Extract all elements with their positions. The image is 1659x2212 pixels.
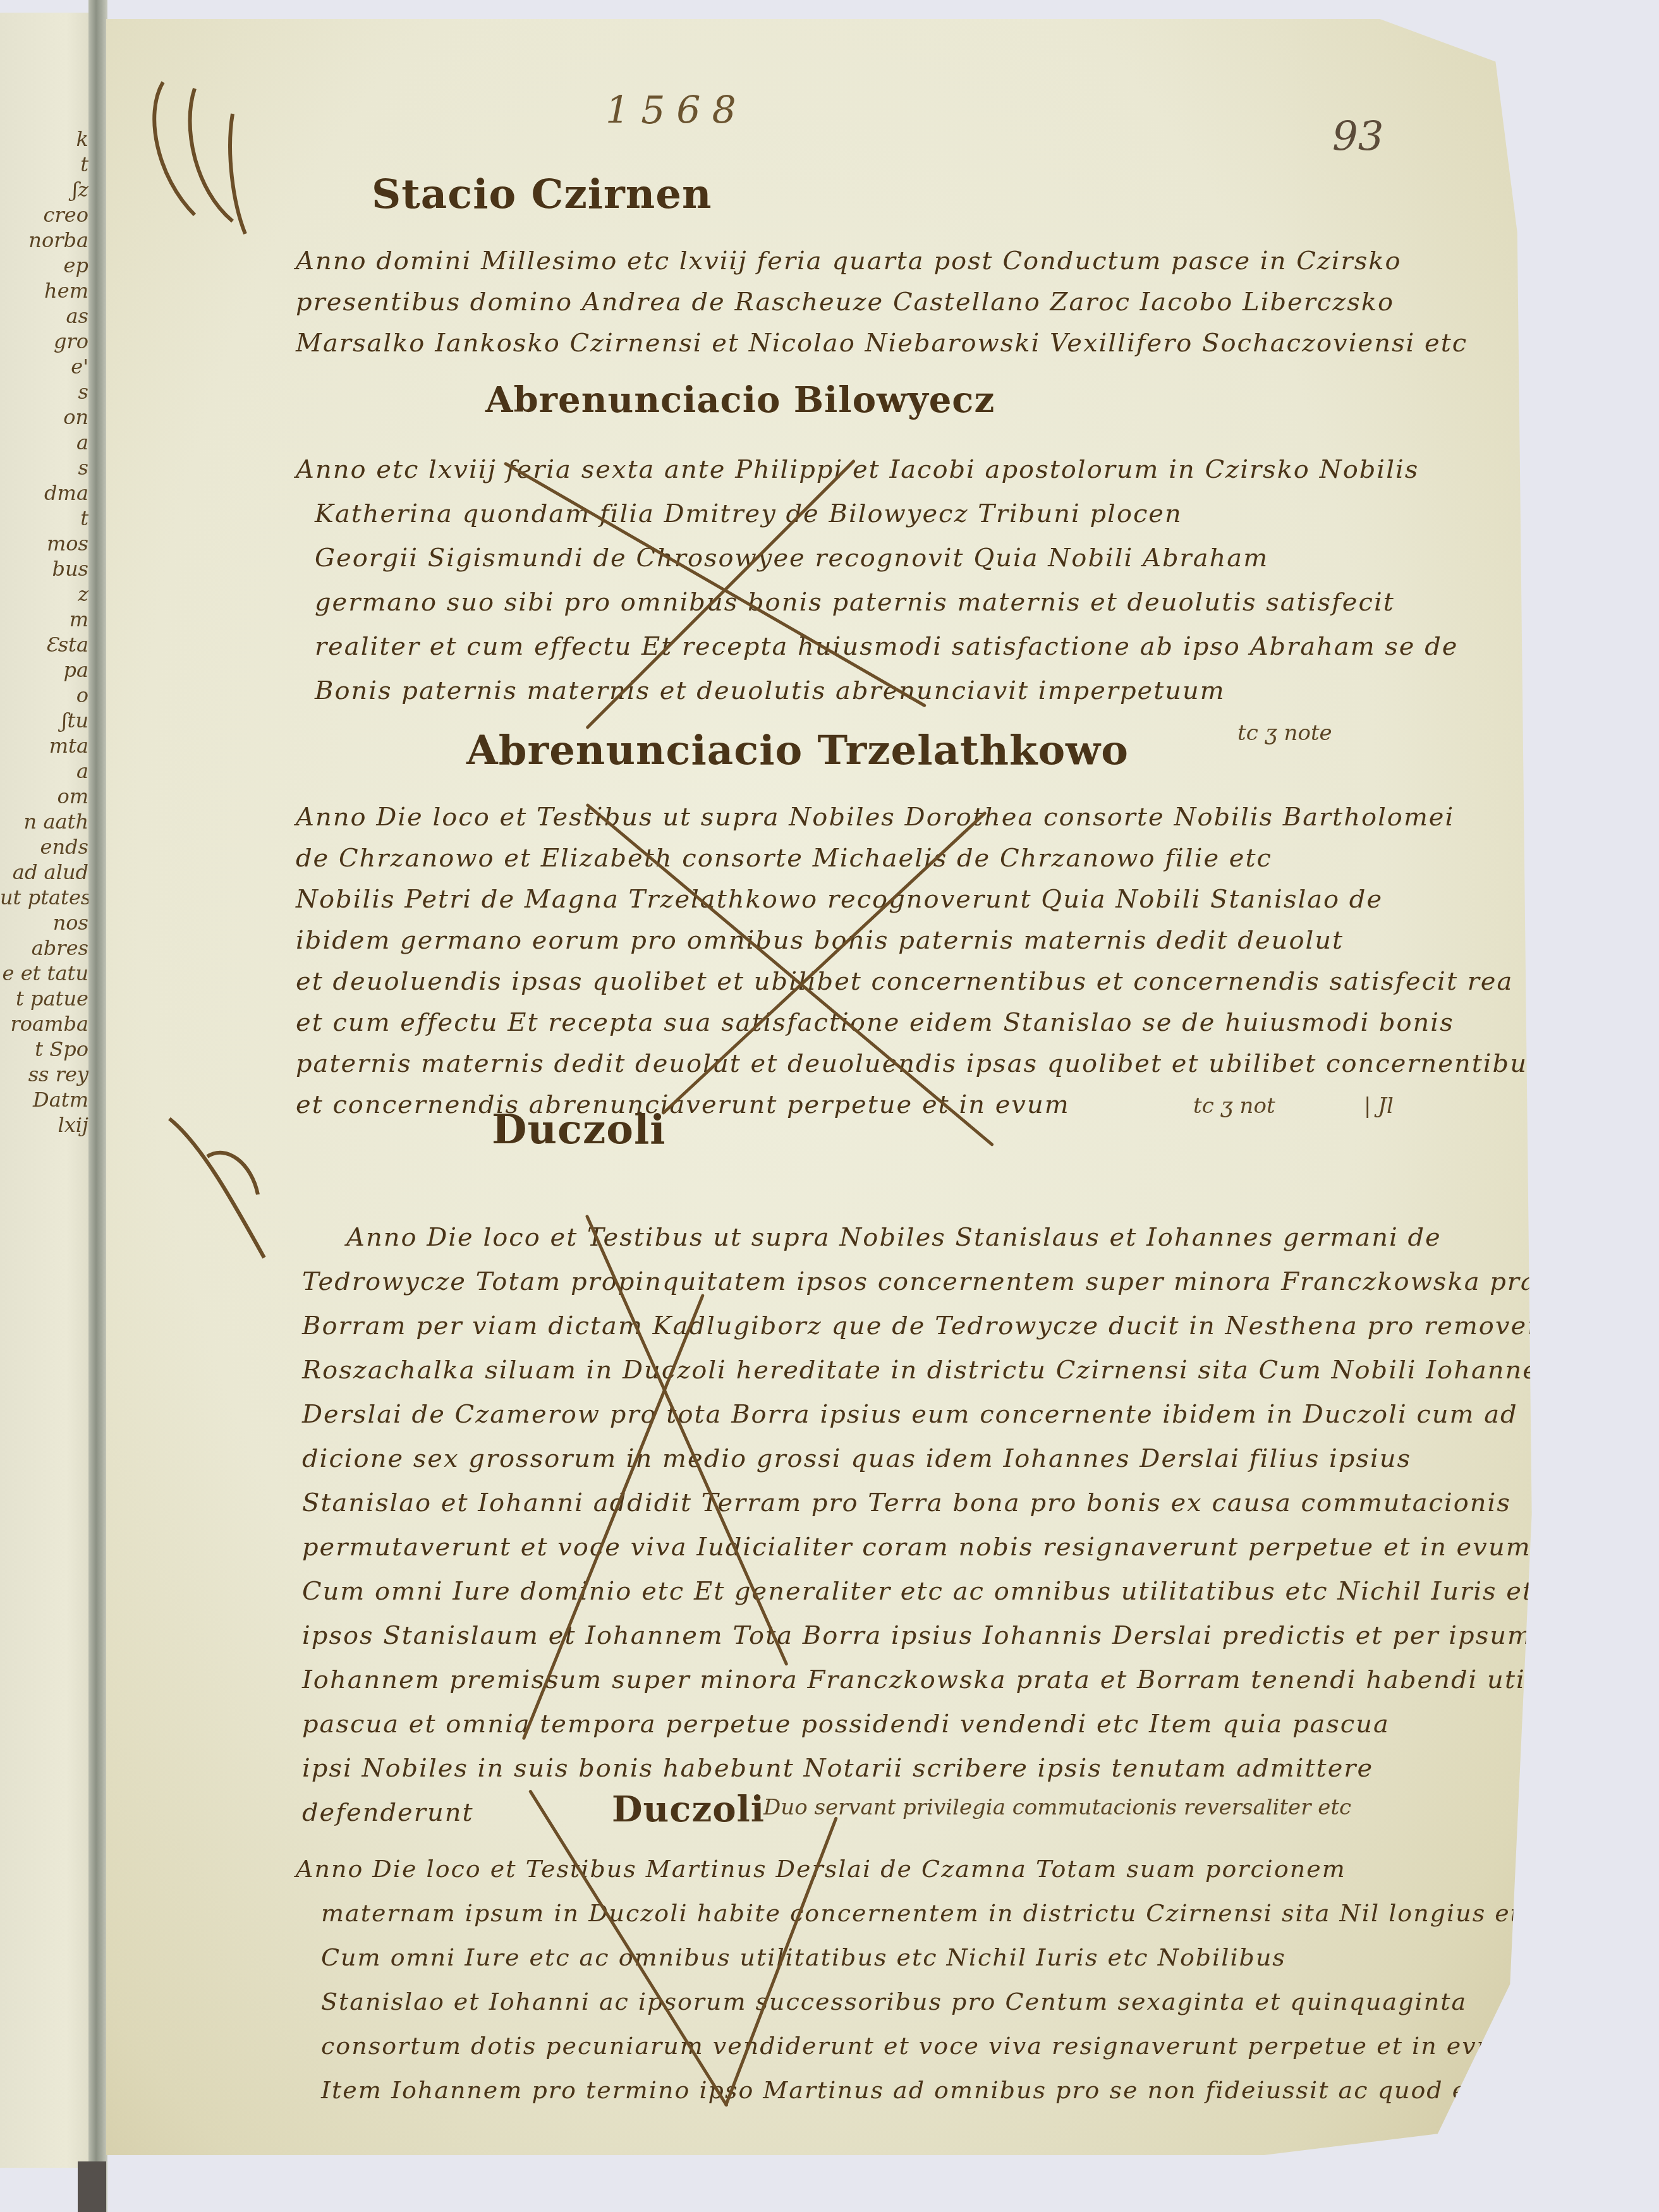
- left-margin-fragment: t Spo: [0, 1036, 88, 1062]
- left-margin-fragment: e': [0, 354, 88, 379]
- text-line: Georgii Sigismundi de Chrosowyee recogno…: [315, 544, 1268, 573]
- text-line: Borram per viam dictam Kadlugiborz que d…: [302, 1311, 1557, 1340]
- text-line: Cum omni Iure dominio etc Et generaliter…: [302, 1577, 1606, 1606]
- left-margin-fragment: Ɛsta: [0, 632, 88, 657]
- left-margin-fragment: ʃz: [0, 177, 88, 202]
- margin-annotation: tc ʒ note: [1237, 720, 1332, 746]
- binding-strap: [78, 2161, 106, 2212]
- text-line: presentibus domino Andrea de Rascheuze C…: [296, 288, 1394, 317]
- text-line: et cum effectu Et recepta sua satisfacti…: [296, 1008, 1454, 1037]
- text-line: paternis maternis dedit deuolut et deuol…: [296, 1049, 1542, 1078]
- text-line: defenderunt: [302, 1798, 474, 1827]
- text-line: dicione sex grossorum in medio grossi qu…: [302, 1444, 1411, 1473]
- left-margin-fragment: nos: [0, 910, 88, 935]
- left-margin-fragment: ep: [0, 253, 88, 278]
- left-margin-fragment: as: [0, 303, 88, 329]
- left-margin-fragment: gro: [0, 329, 88, 354]
- text-line: Cum omni Iure etc ac omnibus utilitatibu…: [321, 1943, 1286, 1971]
- text-line: Stanislao et Iohanni addidit Terram pro …: [302, 1488, 1511, 1517]
- text-line: Anno Die loco et Testibus ut supra Nobil…: [346, 1223, 1442, 1252]
- left-page-fragment: ktʃzcreonorbaephemasgroe'sonasdmatmosbus…: [0, 13, 95, 2168]
- text-line: Roszachalka siluam in Duczoli hereditate…: [302, 1356, 1603, 1385]
- left-margin-fragment: roamba: [0, 1011, 88, 1036]
- folio-number: 93: [1332, 114, 1383, 161]
- text-line: ipsos Stanislaum et Iohannem Tota Borra …: [302, 1621, 1533, 1650]
- left-margin-fragment: a: [0, 758, 88, 784]
- text-line: Stanislao et Iohanni ac ipsorum successo…: [321, 1988, 1467, 2015]
- text-line: consortum dotis pecuniarum vendiderunt e…: [321, 2032, 1517, 2060]
- text-line: et deuoluendis ipsas quolibet et ubilibe…: [296, 967, 1513, 996]
- left-margin-fragment: creo: [0, 202, 88, 228]
- decorative-initial-icon: [138, 76, 302, 240]
- year-heading: 1568: [605, 88, 748, 133]
- margin-annotation: Duo servant privilegia commutacionis rev…: [763, 1795, 1351, 1820]
- left-margin-fragment: on: [0, 404, 88, 430]
- text-line: Item Iohannem pro termino ipso Martinus …: [321, 2076, 1493, 2104]
- left-margin-fragment: s: [0, 379, 88, 404]
- decorative-initial-icon: [163, 1106, 315, 1270]
- text-line: Iohannem premissum super minora Franczko…: [302, 1665, 1627, 1694]
- left-margin-fragment: norba: [0, 228, 88, 253]
- left-margin-fragment: Datm: [0, 1087, 88, 1112]
- left-margin-fragment: z: [0, 581, 88, 607]
- margin-annotation: tc ʒ not: [1193, 1093, 1275, 1119]
- section-heading: Duczoli: [612, 1789, 765, 1830]
- text-line: ipsi Nobiles in suis bonis habebunt Nota…: [302, 1754, 1373, 1783]
- text-line: pascua et omnia tempora perpetue posside…: [302, 1710, 1390, 1739]
- left-margin-fragment: n aath: [0, 809, 88, 834]
- left-page-margin-text: ktʃzcreonorbaephemasgroe'sonasdmatmosbus…: [0, 126, 88, 1138]
- section-heading: Abrenunciacio Bilowyecz: [485, 379, 995, 421]
- section-heading: Duczoli: [492, 1106, 666, 1153]
- left-margin-fragment: e et tatu: [0, 961, 88, 986]
- left-margin-fragment: a: [0, 430, 88, 455]
- book-gutter: [88, 0, 107, 2212]
- section-heading: Abrenunciacio Trzelathkowo: [466, 727, 1129, 774]
- left-margin-fragment: s: [0, 455, 88, 480]
- left-margin-fragment: mta: [0, 733, 88, 758]
- section-heading: Stacio Czirnen: [372, 171, 712, 218]
- left-margin-fragment: om: [0, 784, 88, 809]
- left-margin-fragment: ends: [0, 834, 88, 860]
- text-line: Anno domini Millesimo etc lxviij feria q…: [296, 246, 1402, 276]
- manuscript-page: 1568 93 Stacio Czirnen Anno domini Mille…: [106, 19, 1553, 2155]
- left-margin-fragment: t: [0, 506, 88, 531]
- text-line: Katherina quondam filia Dmitrey de Bilow…: [315, 499, 1182, 528]
- left-margin-fragment: ut ptates: [0, 885, 88, 910]
- margin-note: | Jl: [1364, 1093, 1394, 1119]
- text-line: realiter et cum effectu Et recepta huius…: [315, 632, 1459, 661]
- text-line: de Chrzanowo et Elizabeth consorte Micha…: [296, 844, 1272, 873]
- left-margin-fragment: t patue: [0, 986, 88, 1011]
- left-margin-fragment: ad alud: [0, 860, 88, 885]
- text-line: Marsalko Iankosko Czirnensi et Nicolao N…: [296, 329, 1468, 358]
- left-margin-fragment: ʃtu: [0, 708, 88, 733]
- left-margin-fragment: pa: [0, 657, 88, 683]
- left-margin-fragment: mos: [0, 531, 88, 556]
- text-line: Derslai de Czamerow pro tota Borra ipsiu…: [302, 1400, 1518, 1429]
- text-line: maternam ipsum in Duczoli habite concern…: [321, 1899, 1536, 1927]
- text-line: ibidem germano eorum pro omnibus bonis p…: [296, 926, 1344, 955]
- text-line: Anno Die loco et Testibus ut supra Nobil…: [296, 803, 1454, 832]
- strike-line: [504, 461, 927, 707]
- left-margin-fragment: ss rey: [0, 1062, 88, 1087]
- left-margin-fragment: bus: [0, 556, 88, 581]
- text-line: germano suo sibi pro omnibus bonis pater…: [315, 588, 1395, 617]
- left-margin-fragment: lxij: [0, 1112, 88, 1138]
- left-margin-fragment: hem: [0, 278, 88, 303]
- text-line: Nobilis Petri de Magna Trzelathkowo reco…: [296, 885, 1383, 914]
- text-line: Tedrowycze Totam propinquitatem ipsos co…: [302, 1267, 1601, 1296]
- left-margin-fragment: k: [0, 126, 88, 152]
- text-line: permutaverunt et voce viva Iudicialiter …: [302, 1533, 1646, 1562]
- text-line: Anno etc lxviij feria sexta ante Philipp…: [296, 455, 1419, 484]
- left-margin-fragment: o: [0, 683, 88, 708]
- left-margin-fragment: m: [0, 607, 88, 632]
- left-margin-fragment: t: [0, 152, 88, 177]
- text-line: Bonis paternis maternis et deuolutis abr…: [315, 676, 1225, 705]
- left-margin-fragment: dma: [0, 480, 88, 506]
- left-margin-fragment: abres: [0, 935, 88, 961]
